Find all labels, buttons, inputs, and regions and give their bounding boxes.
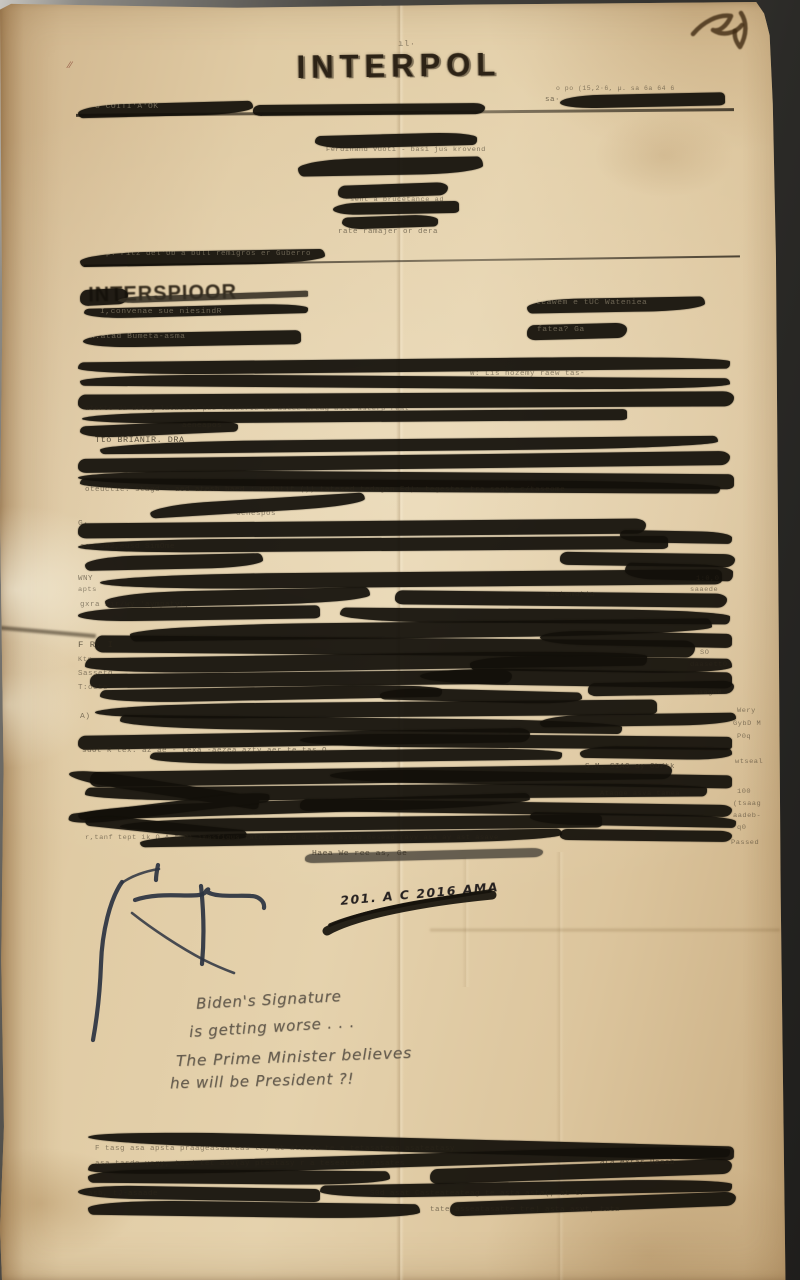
typed-fragment: teawem e tUC Wateniea (536, 299, 647, 307)
typed-fragment: rate ramajer or dera (338, 229, 438, 236)
typed-fragment: WNY (78, 576, 93, 583)
typed-fragment: Haea We ree as, Ge (312, 850, 407, 858)
typed-fragment: aaagnd (694, 690, 722, 697)
typed-fragment: (tsaag (733, 801, 761, 808)
typed-fragment: asb, tJ-asaade (88, 1191, 158, 1198)
typed-fragment: P0q (737, 734, 751, 741)
typed-fragment: q0 (737, 825, 746, 832)
typed-fragment: sa· (545, 97, 560, 104)
typed-fragment: S.M. SIAG ay Ob/tk (585, 764, 675, 771)
typed-fragment: fatea? Ga (537, 326, 585, 334)
typed-fragment: G· (78, 520, 89, 528)
typed-fragment: wtseal (735, 759, 763, 766)
typed-fragment: F R. I (78, 641, 113, 649)
typed-fragment: Tto BRIANIR. DRA (95, 436, 185, 444)
typed-fragment: ata extas Resab (600, 1160, 675, 1167)
typed-fragment: tate asseatasatte tre) asta asvt, tata (430, 1207, 620, 1214)
typed-fragment: aeneapos (182, 423, 222, 430)
typed-fragment: F tasg asa apsta praageasaateas te) at a… (95, 1146, 455, 1153)
typed-fragments-layer: 8 COITI'A'OKsa·o po (15,2·6, µ. sa 6a 64… (0, 2, 791, 1280)
typed-fragment: Wery (737, 708, 756, 715)
typed-fragment: asa tasde vagy, tasd tet asv(ay pteatasy… (95, 1161, 405, 1168)
photo-background: INTERPOL INTERSPIOOR 8 COITI'A'OKsa·o po… (0, 0, 800, 1280)
typed-fragment: ⁄⁄ (68, 62, 72, 70)
typed-fragment: Passed (731, 840, 759, 847)
typed-fragment: saaede (690, 587, 718, 594)
typed-fragment: apts (78, 587, 97, 594)
typed-fragment: W: Lis nozemy raew tas- (470, 371, 585, 378)
typed-fragment: Ferdinand vuoti - basi jus krovend (326, 147, 486, 154)
typed-fragment: T:oote (78, 685, 108, 692)
typed-fragment: 100 (737, 789, 751, 796)
typed-fragment: r,tanf tept ik Q A t,P) imasfigus fatag,… (85, 835, 499, 842)
typed-fragment: I,convenae sue niesindR (100, 308, 222, 316)
typed-fragment: Genespos (236, 511, 276, 518)
typed-fragment: 1:0,0 (696, 576, 720, 583)
typed-fragment: ıl· (398, 40, 416, 48)
typed-fragment: suot R tex: az ae - texa -aezea azty aer… (82, 748, 327, 755)
typed-fragment: SO (700, 650, 709, 657)
typed-fragment: o po (15,2·6, µ. sa 6a 64 6 (556, 86, 675, 92)
typed-fragment: A) (80, 713, 91, 721)
typed-fragment: 8 COITI'A'OK (95, 103, 159, 111)
typed-fragment: aadeb- (733, 813, 761, 820)
typed-fragment: Sassetg (78, 671, 113, 678)
typed-fragment: Ktr (78, 657, 92, 664)
typed-fragment: R.atad Bumeta-asma (90, 333, 185, 341)
typed-fragment: GybD M (733, 721, 761, 728)
typed-fragment: asa Jb2,eusd SimOme (80, 544, 175, 551)
typed-fragment: oteuctie: stagd - aed atesb baed : modat… (85, 487, 565, 494)
typed-fragment: aterte da deteg lataseta pee taseerte de… (85, 406, 409, 413)
typed-fragment: Atagge asva tamea (600, 791, 680, 798)
typed-fragment: aactematla (545, 592, 595, 599)
typed-fragment: S0d asat Casteateateag te asta asta(, at… (370, 1191, 585, 1198)
typed-fragment: sent a brucetance ad (350, 197, 444, 204)
typed-fragment: gxra zir/wy 'aympatyr, (80, 602, 190, 609)
typed-fragment: b p. Pitz del'Ub a bull remigros er Gube… (96, 251, 311, 258)
paper-sheet: INTERPOL INTERSPIOOR 8 COITI'A'OKsa·o po… (0, 2, 791, 1280)
typed-fragment: daasett0 (690, 662, 728, 669)
